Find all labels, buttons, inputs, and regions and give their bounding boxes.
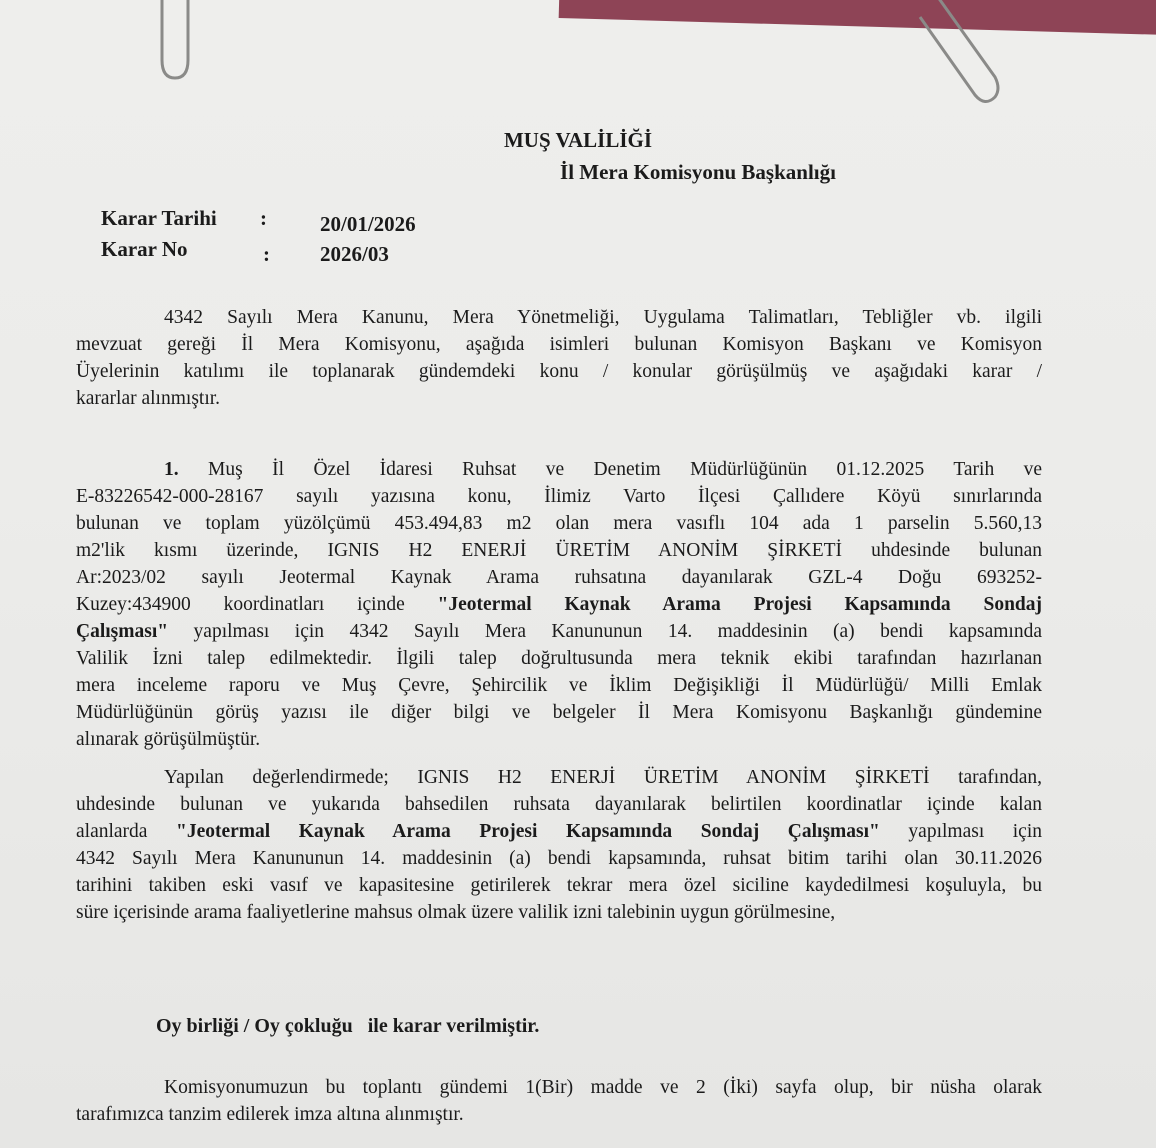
- item-number: 1.: [164, 459, 179, 480]
- text-line: 4342 Sayılı Mera Kanununun 14. maddesini…: [76, 845, 1042, 872]
- paperclip-icon: [905, 0, 1015, 110]
- text-line: kararlar alınmıştır.: [76, 385, 1042, 412]
- text-line: süre içerisinde arama faaliyetlerine mah…: [76, 899, 1042, 926]
- intro-paragraph: 4342 Sayılı Mera Kanunu, Mera Yönetmeliğ…: [76, 304, 1042, 412]
- text-line: mevzuat gereği İl Mera Komisyonu, aşağıd…: [76, 331, 1042, 358]
- text-line: bulunan ve toplam yüzölçümü 453.494,83 m…: [76, 510, 1042, 537]
- decision-date-label: Karar Tarihi: [101, 206, 217, 231]
- text-line: alınarak görüşülmüştür.: [76, 726, 1042, 753]
- text-line: Çalışması" yapılması için 4342 Sayılı Me…: [76, 618, 1042, 645]
- separator: :: [260, 206, 267, 231]
- paperclip-icon: [150, 0, 200, 90]
- closing-paragraph: Komisyonumuzun bu toplantı gündemi 1(Bir…: [76, 1074, 1042, 1128]
- evaluation-paragraph: Yapılan değerlendirmede; IGNIS H2 ENERJİ…: [76, 764, 1042, 926]
- agenda-item-1: 1. Muş İl Özel İdaresi Ruhsat ve Denetim…: [76, 456, 1042, 753]
- vote-result-text: ile karar verilmiştir.: [368, 1015, 540, 1037]
- text-line: Kuzey:434900 koordinatları içinde "Jeote…: [76, 591, 1042, 618]
- vote-result: Oy birliği / Oy çokluğu ile karar verilm…: [156, 1015, 539, 1038]
- decision-date-value: 20/01/2026: [320, 212, 416, 237]
- text-line: E-83226542-000-28167 sayılı yazısına kon…: [76, 483, 1042, 510]
- project-title: Çalışması": [76, 621, 168, 642]
- separator: :: [263, 242, 270, 267]
- text-line: tarihini takiben eski vasıf ve kapasites…: [76, 872, 1042, 899]
- text-line: mera inceleme raporu ve Muş Çevre, Şehir…: [76, 672, 1042, 699]
- document-page: MUŞ VALİLİĞİ İl Mera Komisyonu Başkanlığ…: [0, 0, 1156, 1148]
- text-line: 1. Muş İl Özel İdaresi Ruhsat ve Denetim…: [76, 456, 1042, 483]
- institution-title: MUŞ VALİLİĞİ: [0, 128, 1156, 153]
- text-line: Komisyonumuzun bu toplantı gündemi 1(Bir…: [76, 1074, 1042, 1101]
- vote-options: Oy birliği / Oy çokluğu: [156, 1015, 353, 1037]
- folder-edge: [559, 0, 1156, 38]
- decision-number-label: Karar No: [101, 237, 188, 262]
- text-line: tarafımızca tanzim edilerek imza altına …: [76, 1101, 1042, 1128]
- text-line: m2'lik kısmı üzerinde, IGNIS H2 ENERJİ Ü…: [76, 537, 1042, 564]
- project-title: "Jeotermal Kaynak Arama Projesi Kapsamın…: [176, 821, 880, 842]
- text-line: Valilik İzni talep edilmektedir. İlgili …: [76, 645, 1042, 672]
- text-line: Yapılan değerlendirmede; IGNIS H2 ENERJİ…: [76, 764, 1042, 791]
- text-line: 4342 Sayılı Mera Kanunu, Mera Yönetmeliğ…: [76, 304, 1042, 331]
- department-title: İl Mera Komisyonu Başkanlığı: [120, 160, 1156, 185]
- text-line: Müdürlüğünün görüş yazısı ile diğer bilg…: [76, 699, 1042, 726]
- decision-number-value: 2026/03: [320, 242, 389, 267]
- text-line: alanlarda "Jeotermal Kaynak Arama Projes…: [76, 818, 1042, 845]
- text-line: uhdesinde bulunan ve yukarıda bahsedilen…: [76, 791, 1042, 818]
- project-title: "Jeotermal Kaynak Arama Projesi Kapsamın…: [438, 594, 1042, 615]
- text-line: Üyelerinin katılımı ile toplanarak günde…: [76, 358, 1042, 385]
- text-line: Ar:2023/02 sayılı Jeotermal Kaynak Arama…: [76, 564, 1042, 591]
